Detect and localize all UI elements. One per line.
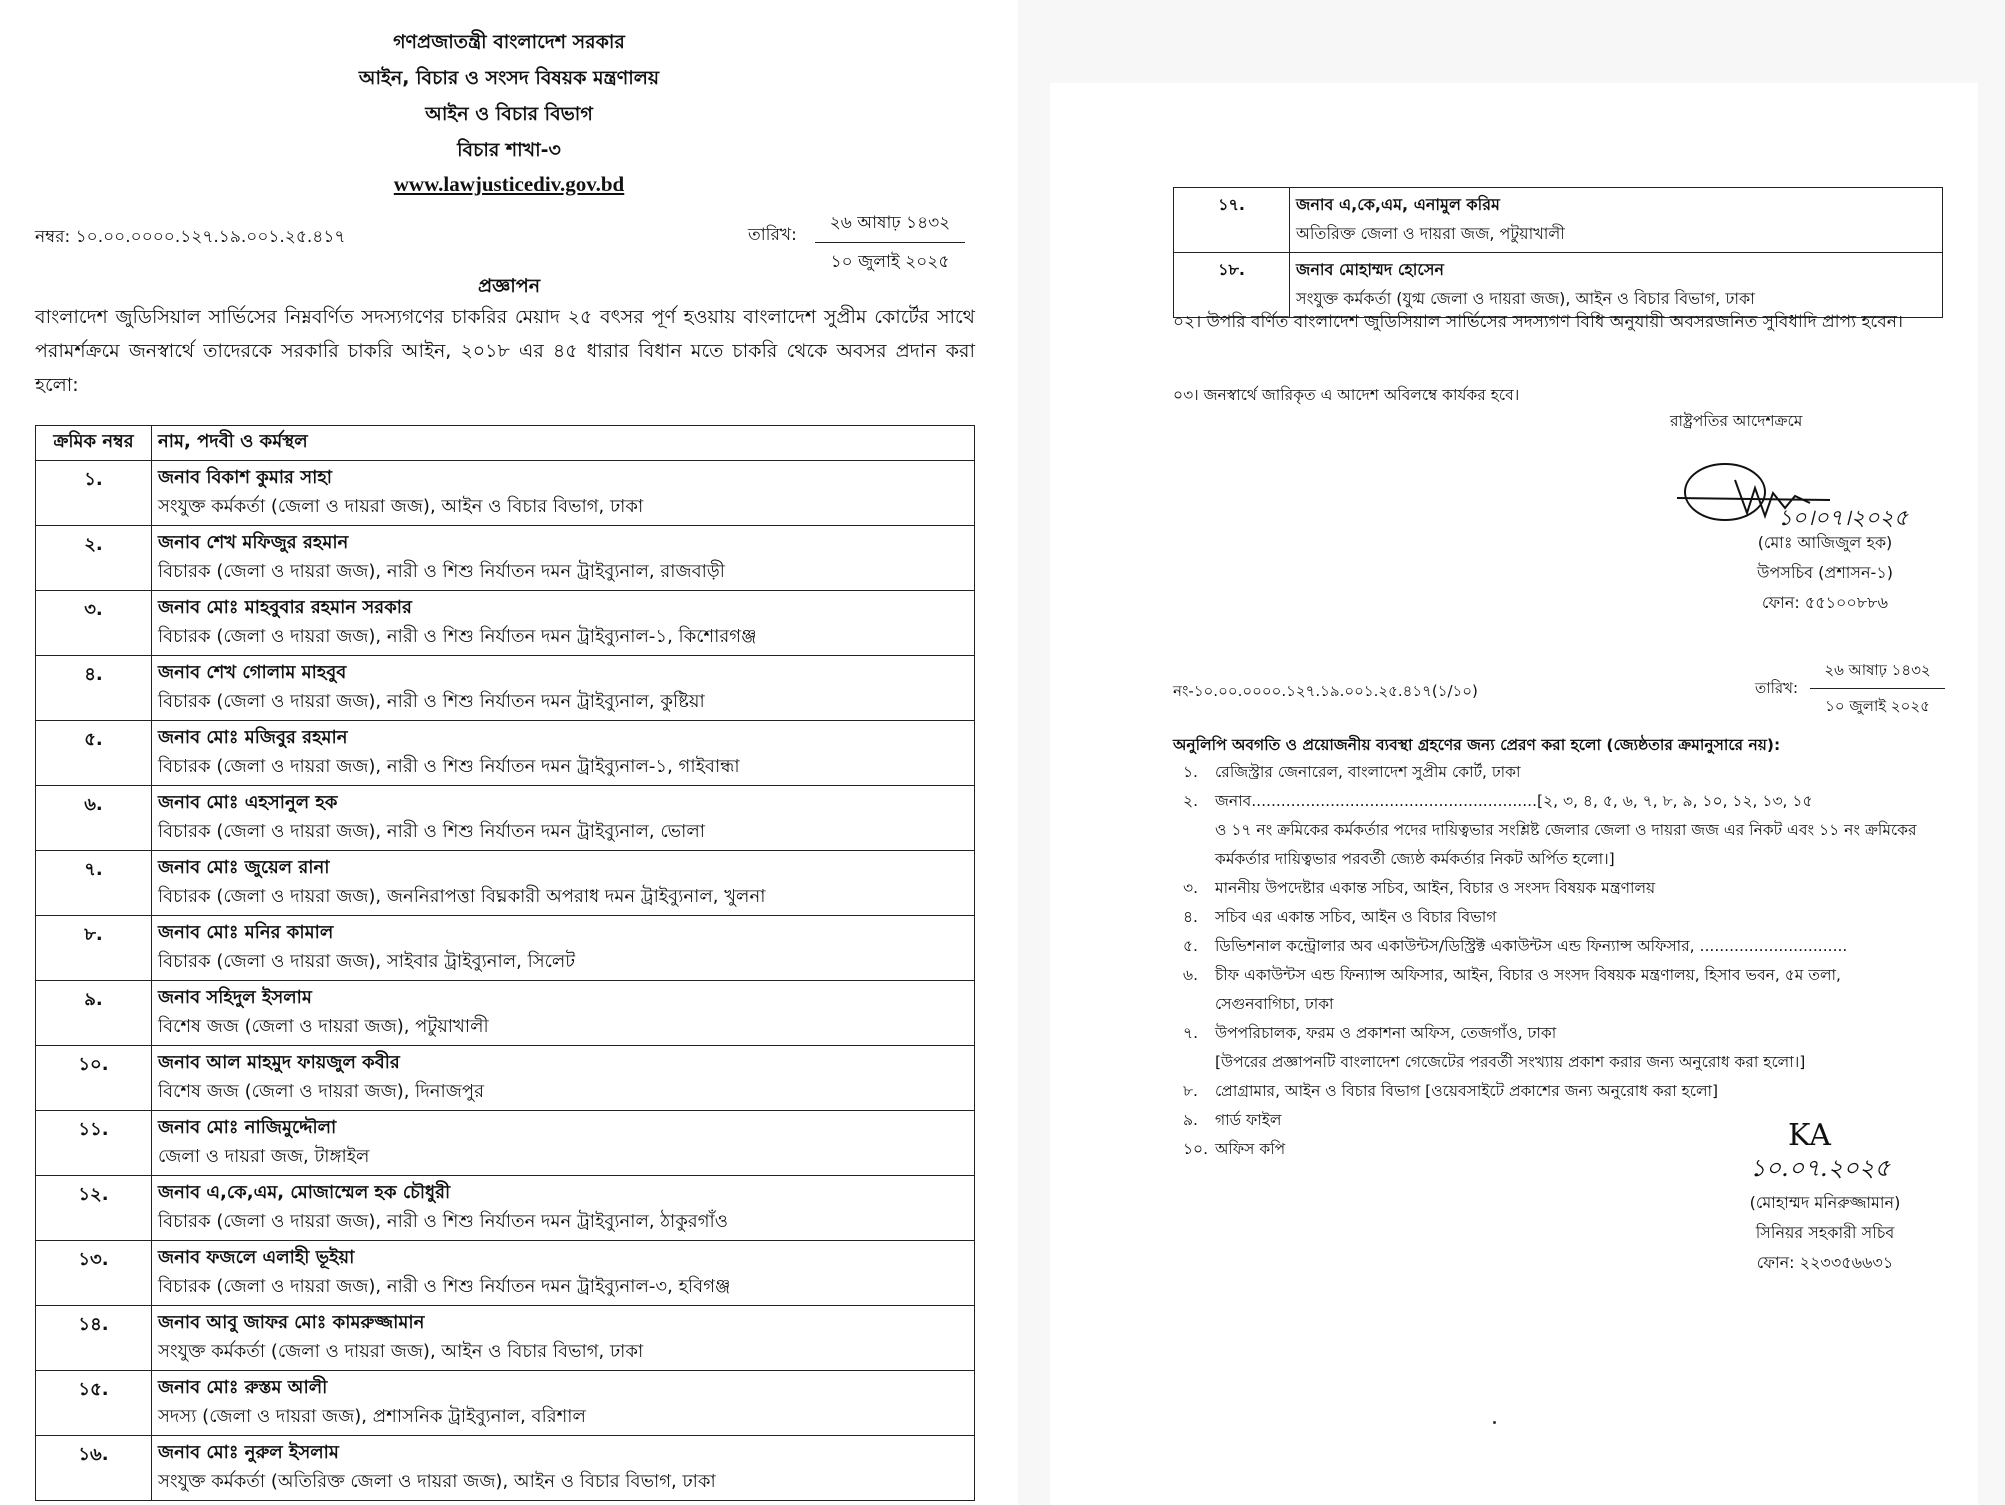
signatory-2-block: (মোহাম্মদ মনিরুজ্জামান) সিনিয়র সহকারী স…	[1700, 1188, 1950, 1278]
row-details: জনাব মোঃ নুরুল ইসলামসংযুক্ত কর্মকর্তা (অ…	[152, 1436, 975, 1501]
row-details: জনাব মোঃ জুয়েল রানাবিচারক (জেলা ও দায়র…	[152, 851, 975, 916]
officer-name: জনাব এ,কে,এম, মোজাম্মেল হক চৌধুরী	[158, 1179, 968, 1207]
row-details: জনাব আল মাহমুদ ফায়জুল কবীরবিশেষ জজ (জেল…	[152, 1046, 975, 1111]
copy-date-bangla: ২৬ আষাঢ় ১৪৩২	[1810, 659, 1945, 684]
row-details: জনাব সহিদুল ইসলামবিশেষ জজ (জেলা ও দায়রা…	[152, 981, 975, 1046]
row-serial: ২.	[36, 526, 152, 591]
row-serial: ৬.	[36, 786, 152, 851]
row-details: জনাব শেখ মফিজুর রহমানবিচারক (জেলা ও দায়…	[152, 526, 975, 591]
list-item-number: ৮.	[1183, 1077, 1215, 1106]
officer-post: বিচারক (জেলা ও দায়রা জজ), নারী ও শিশু ন…	[158, 1207, 968, 1237]
govt-name: গণপ্রজাতন্ত্রী বাংলাদেশ সরকার	[0, 28, 1018, 60]
table-row: ১৬.জনাব মোঃ নুরুল ইসলামসংযুক্ত কর্মকর্তা…	[36, 1436, 975, 1501]
list-item: ১.রেজিস্ট্রার জেনারেল, বাংলাদেশ সুপ্রীম …	[1183, 758, 1943, 787]
list-item-note: সেগুনবাগিচা, ঢাকা	[1183, 990, 1943, 1019]
table-row: ১৭.জনাব এ,কে,এম, এনামুল করিমঅতিরিক্ত জেল…	[1174, 188, 1943, 253]
row-serial: ৩.	[36, 591, 152, 656]
date-block: ২৬ আষাঢ় ১৪৩২ ১০ জুলাই ২০২৫	[815, 210, 965, 277]
list-item-number: ১.	[1183, 758, 1215, 787]
signatory-2-phone: ফোন: ২২৩৩৫৬৬৩১	[1700, 1248, 1950, 1278]
list-item-text: উপপরিচালক, ফরম ও প্রকাশনা অফিস, তেজগাঁও,…	[1215, 1019, 1556, 1048]
list-item: ৭.উপপরিচালক, ফরম ও প্রকাশনা অফিস, তেজগাঁ…	[1183, 1019, 1943, 1077]
officer-name: জনাব মোঃ এহসানুল হক	[158, 789, 968, 817]
row-details: জনাব মোঃ নাজিমুদ্দৌলাজেলা ও দায়রা জজ, ট…	[152, 1111, 975, 1176]
officer-name: জনাব সহিদুল ইসলাম	[158, 984, 968, 1012]
officer-name: জনাব মোঃ মাহবুবার রহমান সরকার	[158, 594, 968, 622]
table-row: ১২.জনাব এ,কে,এম, মোজাম্মেল হক চৌধুরীবিচা…	[36, 1176, 975, 1241]
list-item-number: ৭.	[1183, 1019, 1215, 1048]
officer-name: জনাব এ,কে,এম, এনামুল করিম	[1296, 191, 1936, 219]
officer-post: বিচারক (জেলা ও দায়রা জজ), নারী ও শিশু ন…	[158, 687, 968, 717]
list-item-number: ১০.	[1183, 1135, 1215, 1164]
list-item-text: মাননীয় উপদেষ্টার একান্ত সচিব, আইন, বিচা…	[1215, 874, 1655, 903]
row-details: জনাব শেখ গোলাম মাহবুববিচারক (জেলা ও দায়…	[152, 656, 975, 721]
list-item-text: গার্ড ফাইল	[1215, 1106, 1281, 1135]
memo-number: নম্বর: ১০.০০.০০০০.১২৭.১৯.০০১.২৫.৪১৭	[35, 224, 345, 252]
list-item-number: ৫.	[1183, 932, 1215, 961]
speck	[1493, 1421, 1496, 1424]
officer-name: জনাব মোঃ মজিবুর রহমান	[158, 724, 968, 752]
signature-2-initials: KA	[1788, 1118, 1831, 1153]
copy-date-divider	[1810, 688, 1945, 689]
row-serial: ১৬.	[36, 1436, 152, 1501]
officer-name: জনাব বিকাশ কুমার সাহা	[158, 464, 968, 492]
signatory-2-designation: সিনিয়র সহকারী সচিব	[1700, 1218, 1950, 1248]
copy-date-label: তারিখ:	[1755, 677, 1798, 702]
table-row: ১০.জনাব আল মাহমুদ ফায়জুল কবীরবিশেষ জজ (…	[36, 1046, 975, 1111]
table-row: ১৪.জনাব আবু জাফর মোঃ কামরুজ্জামানসংযুক্ত…	[36, 1306, 975, 1371]
row-serial: ৪.	[36, 656, 152, 721]
signatory-1-phone: ফোন: ৫৫১০০৮৮৬	[1700, 588, 1950, 618]
row-details: জনাব আবু জাফর মোঃ কামরুজ্জামানসংযুক্ত কর…	[152, 1306, 975, 1371]
table-row: ৫.জনাব মোঃ মজিবুর রহমানবিচারক (জেলা ও দা…	[36, 721, 975, 786]
list-item: ৬.চীফ একাউন্টস এন্ড ফিন্যান্স অফিসার, আই…	[1183, 961, 1943, 1019]
officer-name: জনাব শেখ গোলাম মাহবুব	[158, 659, 968, 687]
table-row: ১৩.জনাব ফজলে এলাহী ভূইয়াবিচারক (জেলা ও …	[36, 1241, 975, 1306]
table-header: ক্রমিক নম্বর নাম, পদবী ও কর্মস্থল	[36, 426, 975, 461]
list-item-number: ৩.	[1183, 874, 1215, 903]
officer-post: জেলা ও দায়রা জজ, টাঙ্গাইল	[158, 1142, 968, 1172]
signature-2-date: ১০.০৭.২০২৫	[1750, 1150, 1890, 1190]
copy-memo-number: নং-১০.০০.০০০০.১২৭.১৯.০০১.২৫.৪১৭(১/১০)	[1173, 680, 1478, 705]
list-item-text: সচিব এর একান্ত সচিব, আইন ও বিচার বিভাগ	[1215, 903, 1496, 932]
row-serial: ১১.	[36, 1111, 152, 1176]
copy-date-block: ২৬ আষাঢ় ১৪৩২ ১০ জুলাই ২০২৫	[1810, 659, 1945, 720]
officer-post: বিচারক (জেলা ও দায়রা জজ), নারী ও শিশু ন…	[158, 622, 968, 652]
officer-post: বিচারক (জেলা ও দায়রা জজ), সাইবার ট্রাইব…	[158, 947, 968, 977]
row-serial: ১৭.	[1174, 188, 1290, 253]
officer-name: জনাব আবু জাফর মোঃ কামরুজ্জামান	[158, 1309, 968, 1337]
officer-post: সংযুক্ত কর্মকর্তা (অতিরিক্ত জেলা ও দায়র…	[158, 1467, 968, 1497]
list-item-number: ৪.	[1183, 903, 1215, 932]
officer-name: জনাব আল মাহমুদ ফায়জুল কবীর	[158, 1049, 968, 1077]
list-item-note: ও ১৭ নং ক্রমিকের কর্মকর্তার পদের দায়িত্…	[1183, 816, 1943, 874]
table-row: ১.জনাব বিকাশ কুমার সাহাসংযুক্ত কর্মকর্তা…	[36, 461, 975, 526]
officer-name: জনাব শেখ মফিজুর রহমান	[158, 529, 968, 557]
right-page: ১৭.জনাব এ,কে,এম, এনামুল করিমঅতিরিক্ত জেল…	[1050, 83, 1978, 1505]
list-item-text: প্রোগ্রামার, আইন ও বিচার বিভাগ [ওয়েবসাই…	[1215, 1077, 1718, 1106]
list-item-text: রেজিস্ট্রার জেনারেল, বাংলাদেশ সুপ্রীম কো…	[1215, 758, 1521, 787]
paragraph-3: ০৩। জনস্বার্থে জারিকৃত এ আদেশ অবিলম্বে ক…	[1173, 383, 1519, 409]
officer-post: বিশেষ জজ (জেলা ও দায়রা জজ), পটুয়াখালী	[158, 1012, 968, 1042]
list-item: ৪.সচিব এর একান্ত সচিব, আইন ও বিচার বিভাগ	[1183, 903, 1943, 932]
officer-post: অতিরিক্ত জেলা ও দায়রা জজ, পটুয়াখালী	[1296, 219, 1936, 249]
table-row: ৩.জনাব মোঃ মাহবুবার রহমান সরকারবিচারক (জ…	[36, 591, 975, 656]
table-row: ১১.জনাব মোঃ নাজিমুদ্দৌলাজেলা ও দায়রা জজ…	[36, 1111, 975, 1176]
col-serial-header: ক্রমিক নম্বর	[36, 426, 152, 461]
row-serial: ৭.	[36, 851, 152, 916]
date-bangla: ২৬ আষাঢ় ১৪৩২	[815, 210, 965, 238]
officer-post: সদস্য (জেলা ও দায়রা জজ), প্রশাসনিক ট্রা…	[158, 1402, 968, 1432]
officer-post: সংযুক্ত কর্মকর্তা (জেলা ও দায়রা জজ), আই…	[158, 492, 968, 522]
table-row: ৭.জনাব মোঃ জুয়েল রানাবিচারক (জেলা ও দায…	[36, 851, 975, 916]
row-serial: ৮.	[36, 916, 152, 981]
division-name: আইন ও বিচার বিভাগ	[0, 100, 1018, 132]
paragraph-2: ০২। উপরি বর্ণিত বাংলাদেশ জুডিসিয়াল সার্…	[1173, 305, 1943, 339]
row-serial: ১৪.	[36, 1306, 152, 1371]
officer-name: জনাব মোঃ নাজিমুদ্দৌলা	[158, 1114, 968, 1142]
list-item-number: ৬.	[1183, 961, 1215, 990]
list-item: ৮.প্রোগ্রামার, আইন ও বিচার বিভাগ [ওয়েবস…	[1183, 1077, 1943, 1106]
row-details: জনাব মোঃ মনির কামালবিচারক (জেলা ও দায়রা…	[152, 916, 975, 981]
ministry-name: আইন, বিচার ও সংসদ বিষয়ক মন্ত্রণালয়	[0, 64, 1018, 96]
copy-date-english: ১০ জুলাই ২০২৫	[1810, 695, 1945, 720]
table-row: ৬.জনাব মোঃ এহসানুল হকবিচারক (জেলা ও দায়…	[36, 786, 975, 851]
date-divider	[815, 242, 965, 243]
presidential-order-line: রাষ্ট্রপতির আদেশক্রমে	[1670, 409, 1802, 435]
branch-name: বিচার শাখা-৩	[0, 136, 1018, 168]
officer-name: জনাব মোঃ নুরুল ইসলাম	[158, 1439, 968, 1467]
signatory-1-block: (মোঃ আজিজুল হক) উপসচিব (প্রশাসন-১) ফোন: …	[1700, 528, 1950, 618]
officer-name: জনাব মোঃ মনির কামাল	[158, 919, 968, 947]
officer-post: বিচারক (জেলা ও দায়রা জজ), নারী ও শিশু ন…	[158, 557, 968, 587]
list-item-text: অফিস কপি	[1215, 1135, 1285, 1164]
officer-name: জনাব মোহাম্মদ হোসেন	[1296, 256, 1936, 284]
signatory-1-designation: উপসচিব (প্রশাসন-১)	[1700, 558, 1950, 588]
officer-post: বিচারক (জেলা ও দায়রা জজ), নারী ও শিশু ন…	[158, 817, 968, 847]
signatory-1-name: (মোঃ আজিজুল হক)	[1700, 528, 1950, 558]
officer-name: জনাব মোঃ রুস্তম আলী	[158, 1374, 968, 1402]
row-details: জনাব বিকাশ কুমার সাহাসংযুক্ত কর্মকর্তা (…	[152, 461, 975, 526]
row-details: জনাব এ,কে,এম, মোজাম্মেল হক চৌধুরীবিচারক …	[152, 1176, 975, 1241]
notification-intro: বাংলাদেশ জুডিসিয়াল সার্ভিসের নিম্নবর্ণি…	[35, 300, 975, 402]
row-details: জনাব মোঃ রুস্তম আলীসদস্য (জেলা ও দায়রা …	[152, 1371, 975, 1436]
officer-name: জনাব মোঃ জুয়েল রানা	[158, 854, 968, 882]
row-serial: ১.	[36, 461, 152, 526]
col-details-header: নাম, পদবী ও কর্মস্থল	[152, 426, 975, 461]
copy-heading: অনুলিপি অবগতি ও প্রয়োজনীয় ব্যবস্থা গ্র…	[1173, 733, 1780, 759]
officer-post: বিচারক (জেলা ও দায়রা জজ), নারী ও শিশু ন…	[158, 1272, 968, 1302]
officer-post: বিশেষ জজ (জেলা ও দায়রা জজ), দিনাজপুর	[158, 1077, 968, 1107]
list-item-number: ৯.	[1183, 1106, 1215, 1135]
row-serial: ১৩.	[36, 1241, 152, 1306]
list-item: ৩.মাননীয় উপদেষ্টার একান্ত সচিব, আইন, বি…	[1183, 874, 1943, 903]
website-link[interactable]: www.lawjusticediv.gov.bd	[394, 172, 624, 196]
row-details: জনাব এ,কে,এম, এনামুল করিমঅতিরিক্ত জেলা ও…	[1290, 188, 1943, 253]
row-details: জনাব মোঃ এহসানুল হকবিচারক (জেলা ও দায়রা…	[152, 786, 975, 851]
list-item-text: ডিভিশনাল কন্ট্রোলার অব একাউন্টস/ডিস্ট্রি…	[1215, 932, 1847, 961]
list-item: ২.জনাব..................................…	[1183, 787, 1943, 874]
officer-post: সংযুক্ত কর্মকর্তা (জেলা ও দায়রা জজ), আই…	[158, 1337, 968, 1367]
table-row: ৯.জনাব সহিদুল ইসলামবিশেষ জজ (জেলা ও দায়…	[36, 981, 975, 1046]
row-serial: ৫.	[36, 721, 152, 786]
retiree-table-continued: ১৭.জনাব এ,কে,এম, এনামুল করিমঅতিরিক্ত জেল…	[1173, 187, 1943, 318]
table-row: ৪.জনাব শেখ গোলাম মাহবুববিচারক (জেলা ও দা…	[36, 656, 975, 721]
table-row: ১৫.জনাব মোঃ রুস্তম আলীসদস্য (জেলা ও দায়…	[36, 1371, 975, 1436]
list-item: ৫.ডিভিশনাল কন্ট্রোলার অব একাউন্টস/ডিস্ট্…	[1183, 932, 1943, 961]
row-serial: ৯.	[36, 981, 152, 1046]
retiree-table: ক্রমিক নম্বর নাম, পদবী ও কর্মস্থল ১.জনাব…	[35, 425, 975, 1501]
officer-post: বিচারক (জেলা ও দায়রা জজ), নারী ও শিশু ন…	[158, 752, 968, 782]
signatory-2-name: (মোহাম্মদ মনিরুজ্জামান)	[1700, 1188, 1950, 1218]
officer-post: বিচারক (জেলা ও দায়রা জজ), জননিরাপত্তা ব…	[158, 882, 968, 912]
list-item-text: জনাব....................................…	[1215, 787, 1813, 816]
row-details: জনাব মোঃ মাহবুবার রহমান সরকারবিচারক (জেল…	[152, 591, 975, 656]
list-item-note: [উপরের প্রজ্ঞাপনটি বাংলাদেশ গেজেটের পরবর…	[1183, 1048, 1943, 1077]
table-row: ৮.জনাব মোঃ মনির কামালবিচারক (জেলা ও দায়…	[36, 916, 975, 981]
copy-recipient-list: ১.রেজিস্ট্রার জেনারেল, বাংলাদেশ সুপ্রীম …	[1183, 758, 1943, 1164]
date-label: তারিখ:	[748, 222, 797, 250]
table-row: ২.জনাব শেখ মফিজুর রহমানবিচারক (জেলা ও দা…	[36, 526, 975, 591]
left-page: গণপ্রজাতন্ত্রী বাংলাদেশ সরকার আইন, বিচার…	[0, 0, 1018, 1505]
officer-name: জনাব ফজলে এলাহী ভূইয়া	[158, 1244, 968, 1272]
row-serial: ১২.	[36, 1176, 152, 1241]
row-serial: ১০.	[36, 1046, 152, 1111]
row-details: জনাব ফজলে এলাহী ভূইয়াবিচারক (জেলা ও দায…	[152, 1241, 975, 1306]
row-serial: ১৫.	[36, 1371, 152, 1436]
list-item-number: ২.	[1183, 787, 1215, 816]
list-item-text: চীফ একাউন্টস এন্ড ফিন্যান্স অফিসার, আইন,…	[1215, 961, 1841, 990]
row-details: জনাব মোঃ মজিবুর রহমানবিচারক (জেলা ও দায়…	[152, 721, 975, 786]
